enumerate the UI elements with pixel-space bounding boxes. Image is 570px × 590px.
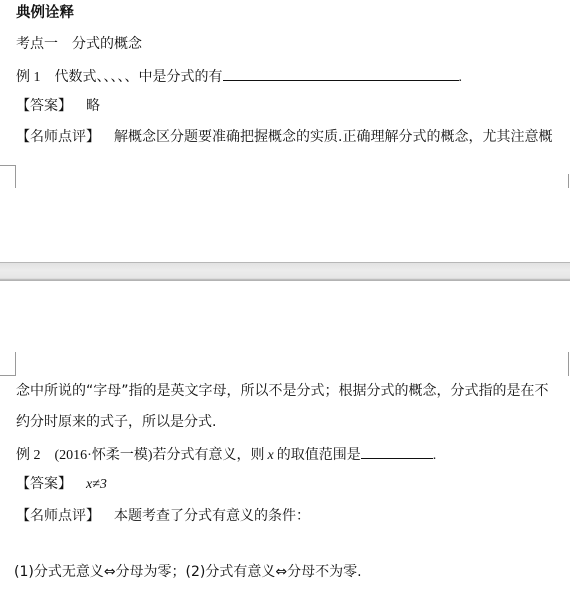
example2-comment: 【名师点评】本题考查了分式有意义的条件： (16, 507, 310, 525)
crop-mark-top-right-v (568, 352, 569, 376)
example1-label: 例 1 (16, 70, 41, 85)
example1-question: 例 1代数式、、、、、中是分式的有. (16, 66, 462, 87)
answer-label: 【答案】 (16, 98, 72, 114)
example2-variable: x (265, 448, 277, 463)
example1-end: . (459, 70, 463, 85)
example2-source: (2016·怀柔一模) (55, 448, 153, 463)
example1-comment-line3: 约分时原来的式子，所以是分式. (16, 413, 216, 431)
topic-line: 考点一分式的概念 (16, 35, 142, 53)
example1-question-text: 代数式、、、、、中是分式的有 (55, 69, 223, 85)
section-title: 典例诠释 (16, 4, 74, 22)
document-page-1: 典例诠释 考点一分式的概念 例 1代数式、、、、、中是分式的有. 【答案】略 【… (0, 0, 570, 262)
example2-label: 例 2 (16, 448, 41, 463)
example2-conditions: (1)分式无意义⇔分母为零；(2)分式有意义⇔分母不为零. (14, 563, 362, 581)
example2-answer: 【答案】x≠3 (16, 475, 107, 494)
page-break-gap (0, 262, 570, 281)
example2-answer-blank (361, 444, 433, 459)
answer-text: x≠3 (86, 477, 107, 492)
answer-text: 略 (86, 98, 100, 114)
comment-label: 【名师点评】 (16, 129, 100, 145)
example1-comment-line2: 念中所说的“字母”指的是英文字母，所以不是分式；根据分式的概念，分式指的是在不 (16, 382, 549, 400)
document-page-2: 念中所说的“字母”指的是英文字母，所以不是分式；根据分式的概念，分式指的是在不 … (0, 281, 570, 590)
crop-mark-top-left-h (0, 375, 16, 376)
answer-label: 【答案】 (16, 476, 72, 492)
comment-label: 【名师点评】 (16, 508, 100, 524)
example1-answer-blank (223, 66, 459, 81)
crop-mark-bottom-right-v (568, 174, 569, 188)
example2-question-b: 的取值范围是 (277, 447, 361, 463)
comment-text-line1: 解概念区分题要准确把握概念的实质.正确理解分式的概念，尤其注意概 (114, 129, 552, 145)
example2-end: . (433, 448, 437, 463)
topic-title: 分式的概念 (72, 36, 142, 52)
crop-mark-bottom-left-v (15, 165, 16, 188)
crop-mark-top-left-v (15, 352, 16, 376)
crop-mark-bottom-left-h (0, 165, 16, 166)
example2-question-a: 若分式有意义，则 (153, 447, 265, 463)
example2-question: 例 2(2016·怀柔一模)若分式有意义，则x的取值范围是. (16, 444, 436, 465)
example1-answer: 【答案】略 (16, 97, 100, 115)
topic-label: 考点一 (16, 36, 58, 52)
comment-text: 本题考查了分式有意义的条件： (114, 508, 310, 524)
example1-comment: 【名师点评】解概念区分题要准确把握概念的实质.正确理解分式的概念，尤其注意概 (16, 128, 552, 146)
